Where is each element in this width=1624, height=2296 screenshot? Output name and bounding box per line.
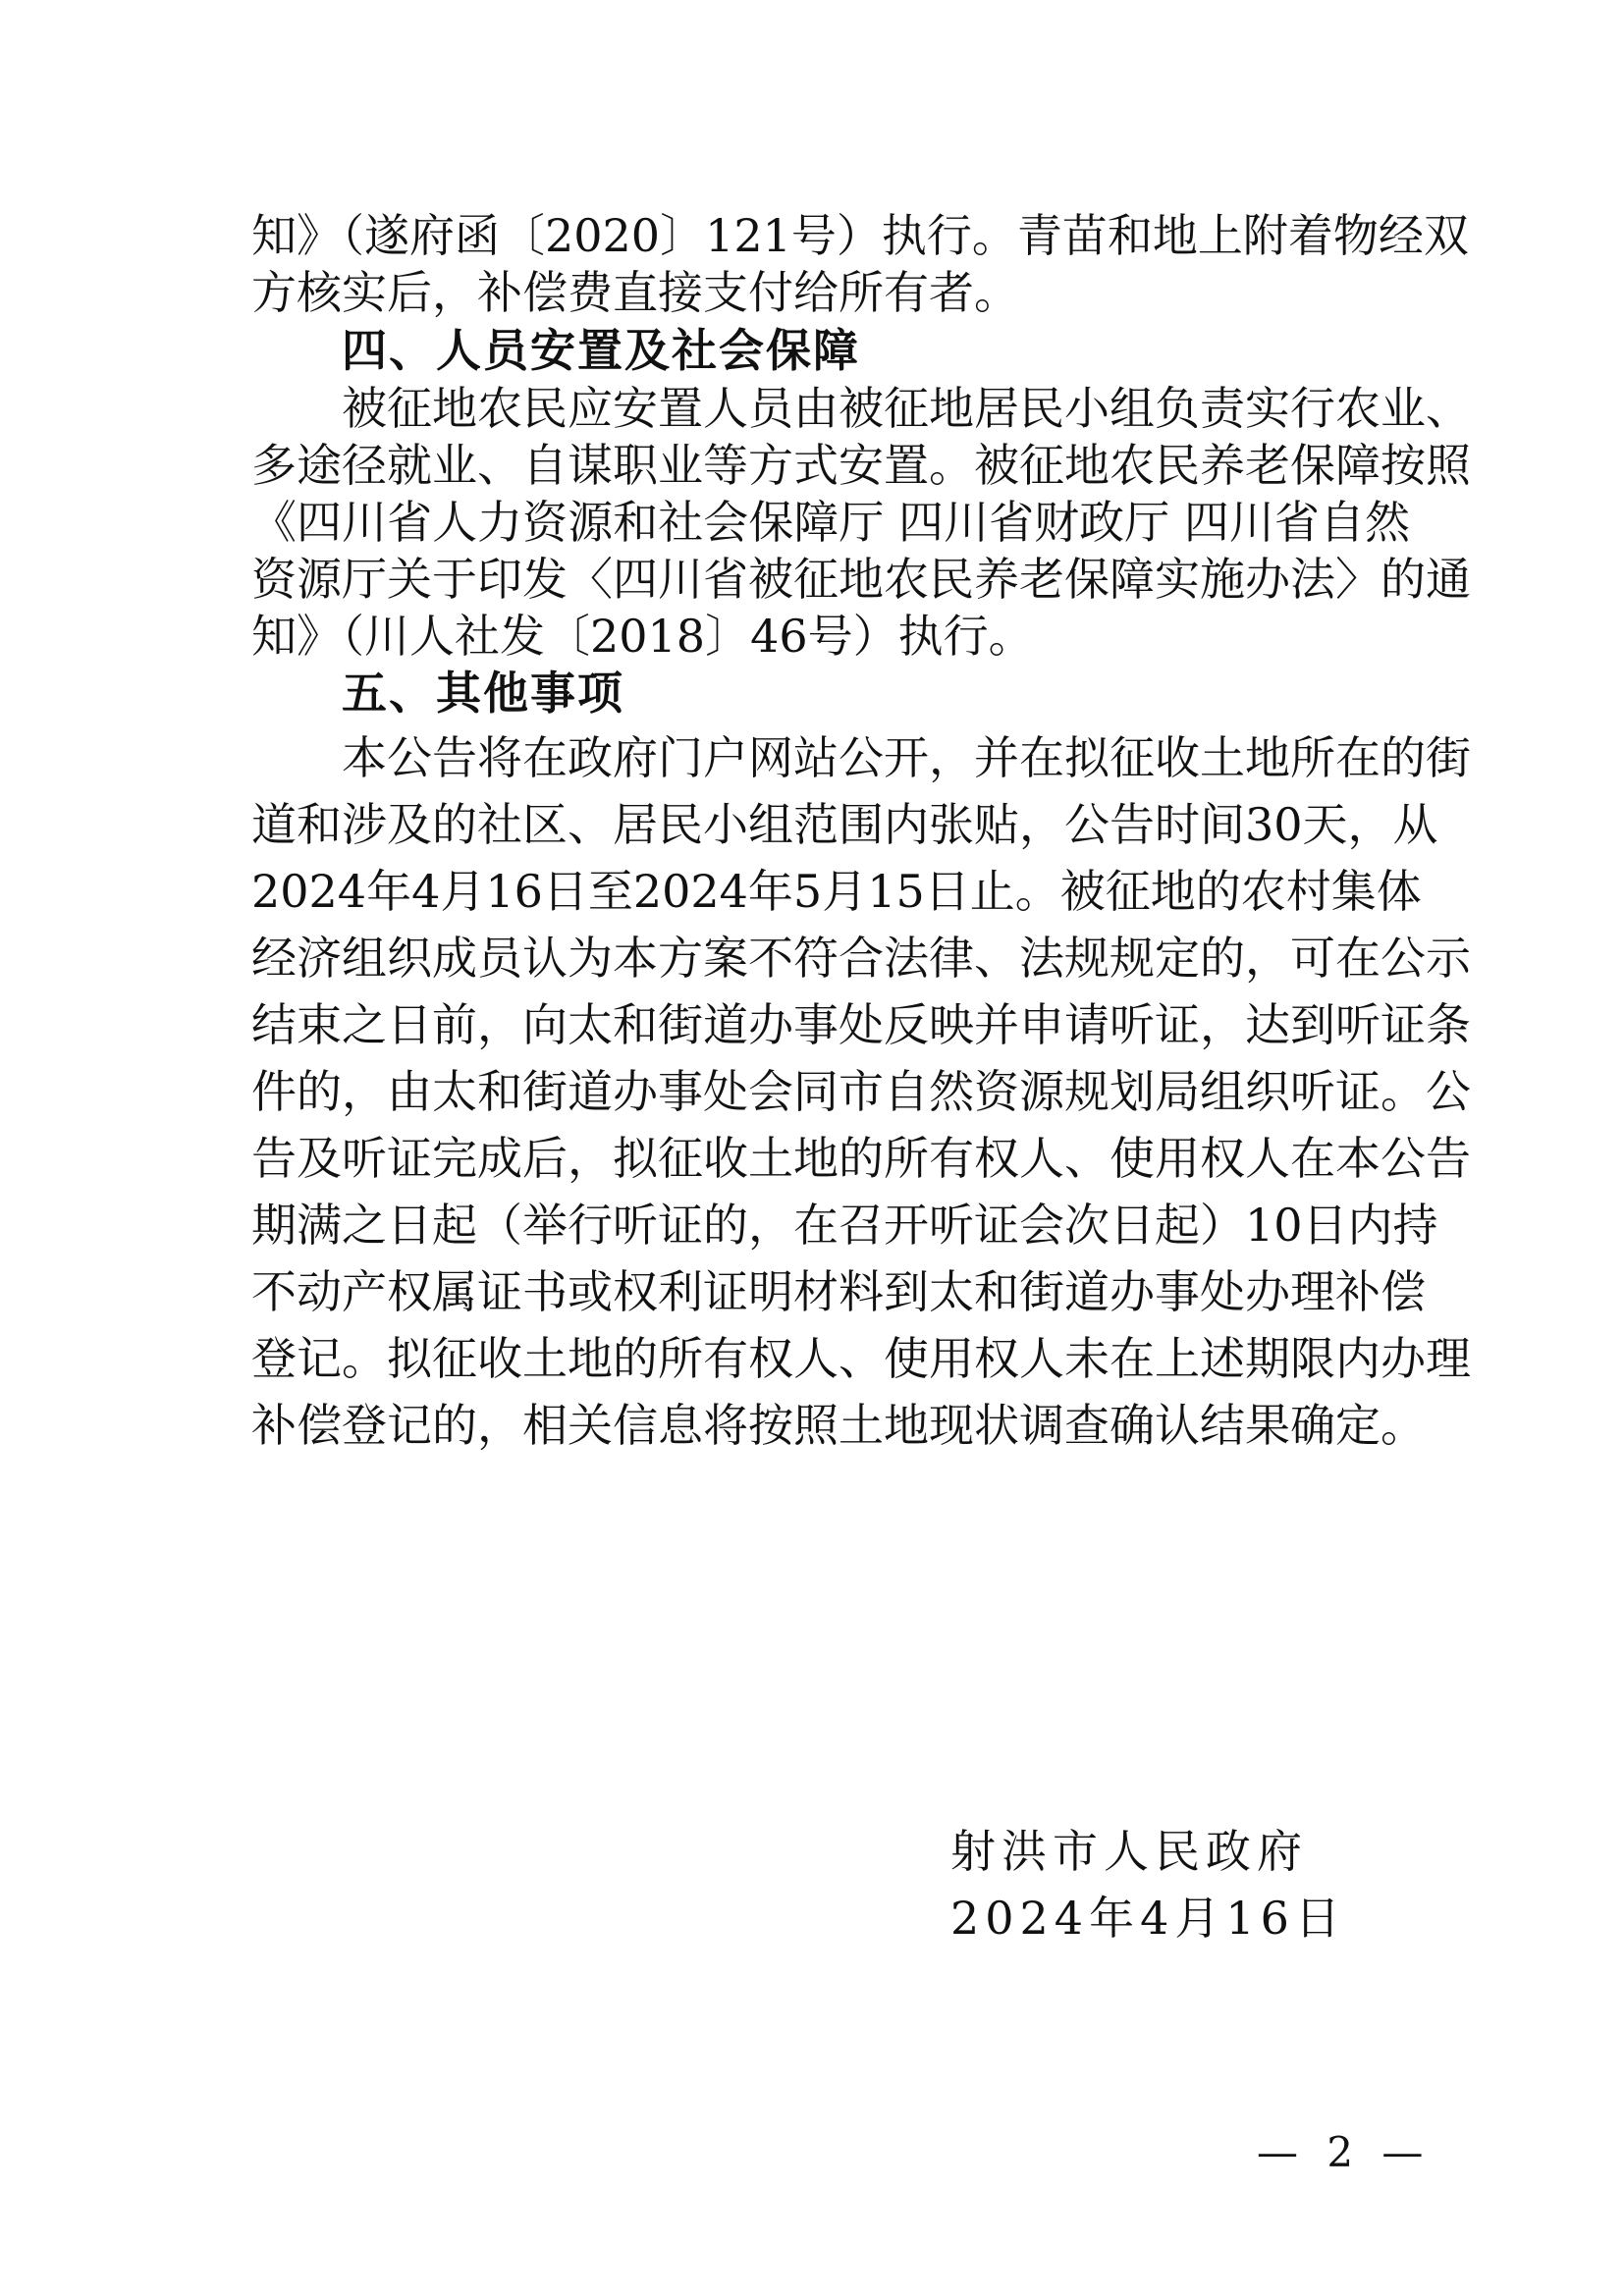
issuer-name: 射洪市人民政府 — [950, 1822, 1308, 1881]
paragraph-line: 经济组织成员认为本方案不符合法律、法规规定的，可在公示 — [251, 929, 1410, 988]
paragraph-line: 不动产权属证书或权利证明材料到太和街道办事处办理补偿 — [251, 1262, 1410, 1321]
paragraph-line: 方核实后，补偿费直接支付给所有者。 — [251, 263, 1410, 322]
page-number: — 2 — — [1257, 2128, 1431, 2177]
paragraph-line: 登记。拟征收土地的所有权人、使用权人未在上述期限内办理 — [251, 1329, 1410, 1388]
section-heading-5: 五、其他事项 — [342, 664, 624, 722]
paragraph-line: 知》（遂府函〔2020〕121号）执行。青苗和地上附着物经双 — [251, 206, 1410, 265]
paragraph-line: 被征地农民应安置人员由被征地居民小组负责实行农业、 — [342, 379, 1410, 438]
paragraph-line: 件的，由太和街道办事处会同市自然资源规划局组织听证。公 — [251, 1062, 1410, 1121]
paragraph-line: 告及听证完成后，拟征收土地的所有权人、使用权人在本公告 — [251, 1129, 1410, 1188]
paragraph-line: 补偿登记的，相关信息将按照土地现状调查确认结果确定。 — [251, 1396, 1410, 1455]
paragraph-line: 道和涉及的社区、居民小组范围内张贴，公告时间30天，从 — [251, 795, 1410, 854]
section-heading-4: 四、人员安置及社会保障 — [342, 321, 860, 380]
paragraph-line: 本公告将在政府门户网站公开，并在拟征收土地所在的街 — [342, 728, 1410, 787]
paragraph-line: 知》（川人社发〔2018〕46号）执行。 — [251, 607, 1410, 666]
paragraph-line: 2024年4月16日至2024年5月15日止。被征地的农村集体 — [251, 862, 1410, 921]
paragraph-line: 多途径就业、自谋职业等方式安置。被征地农民养老保障按照 — [251, 436, 1410, 495]
paragraph-line: 结束之日前，向太和街道办事处反映并申请听证，达到听证条 — [251, 995, 1410, 1054]
paragraph-line: 《四川省人力资源和社会保障厅 四川省财政厅 四川省自然 — [251, 493, 1410, 552]
paragraph-line: 期满之日起（举行听证的，在召开听证会次日起）10日内持 — [251, 1196, 1410, 1255]
document-page: 知》（遂府函〔2020〕121号）执行。青苗和地上附着物经双 方核实后，补偿费直… — [0, 0, 1624, 2296]
paragraph-line: 资源厅关于印发〈四川省被征地农民养老保障实施办法〉的通 — [251, 550, 1410, 609]
issue-date: 2024年4月16日 — [950, 1889, 1346, 1948]
